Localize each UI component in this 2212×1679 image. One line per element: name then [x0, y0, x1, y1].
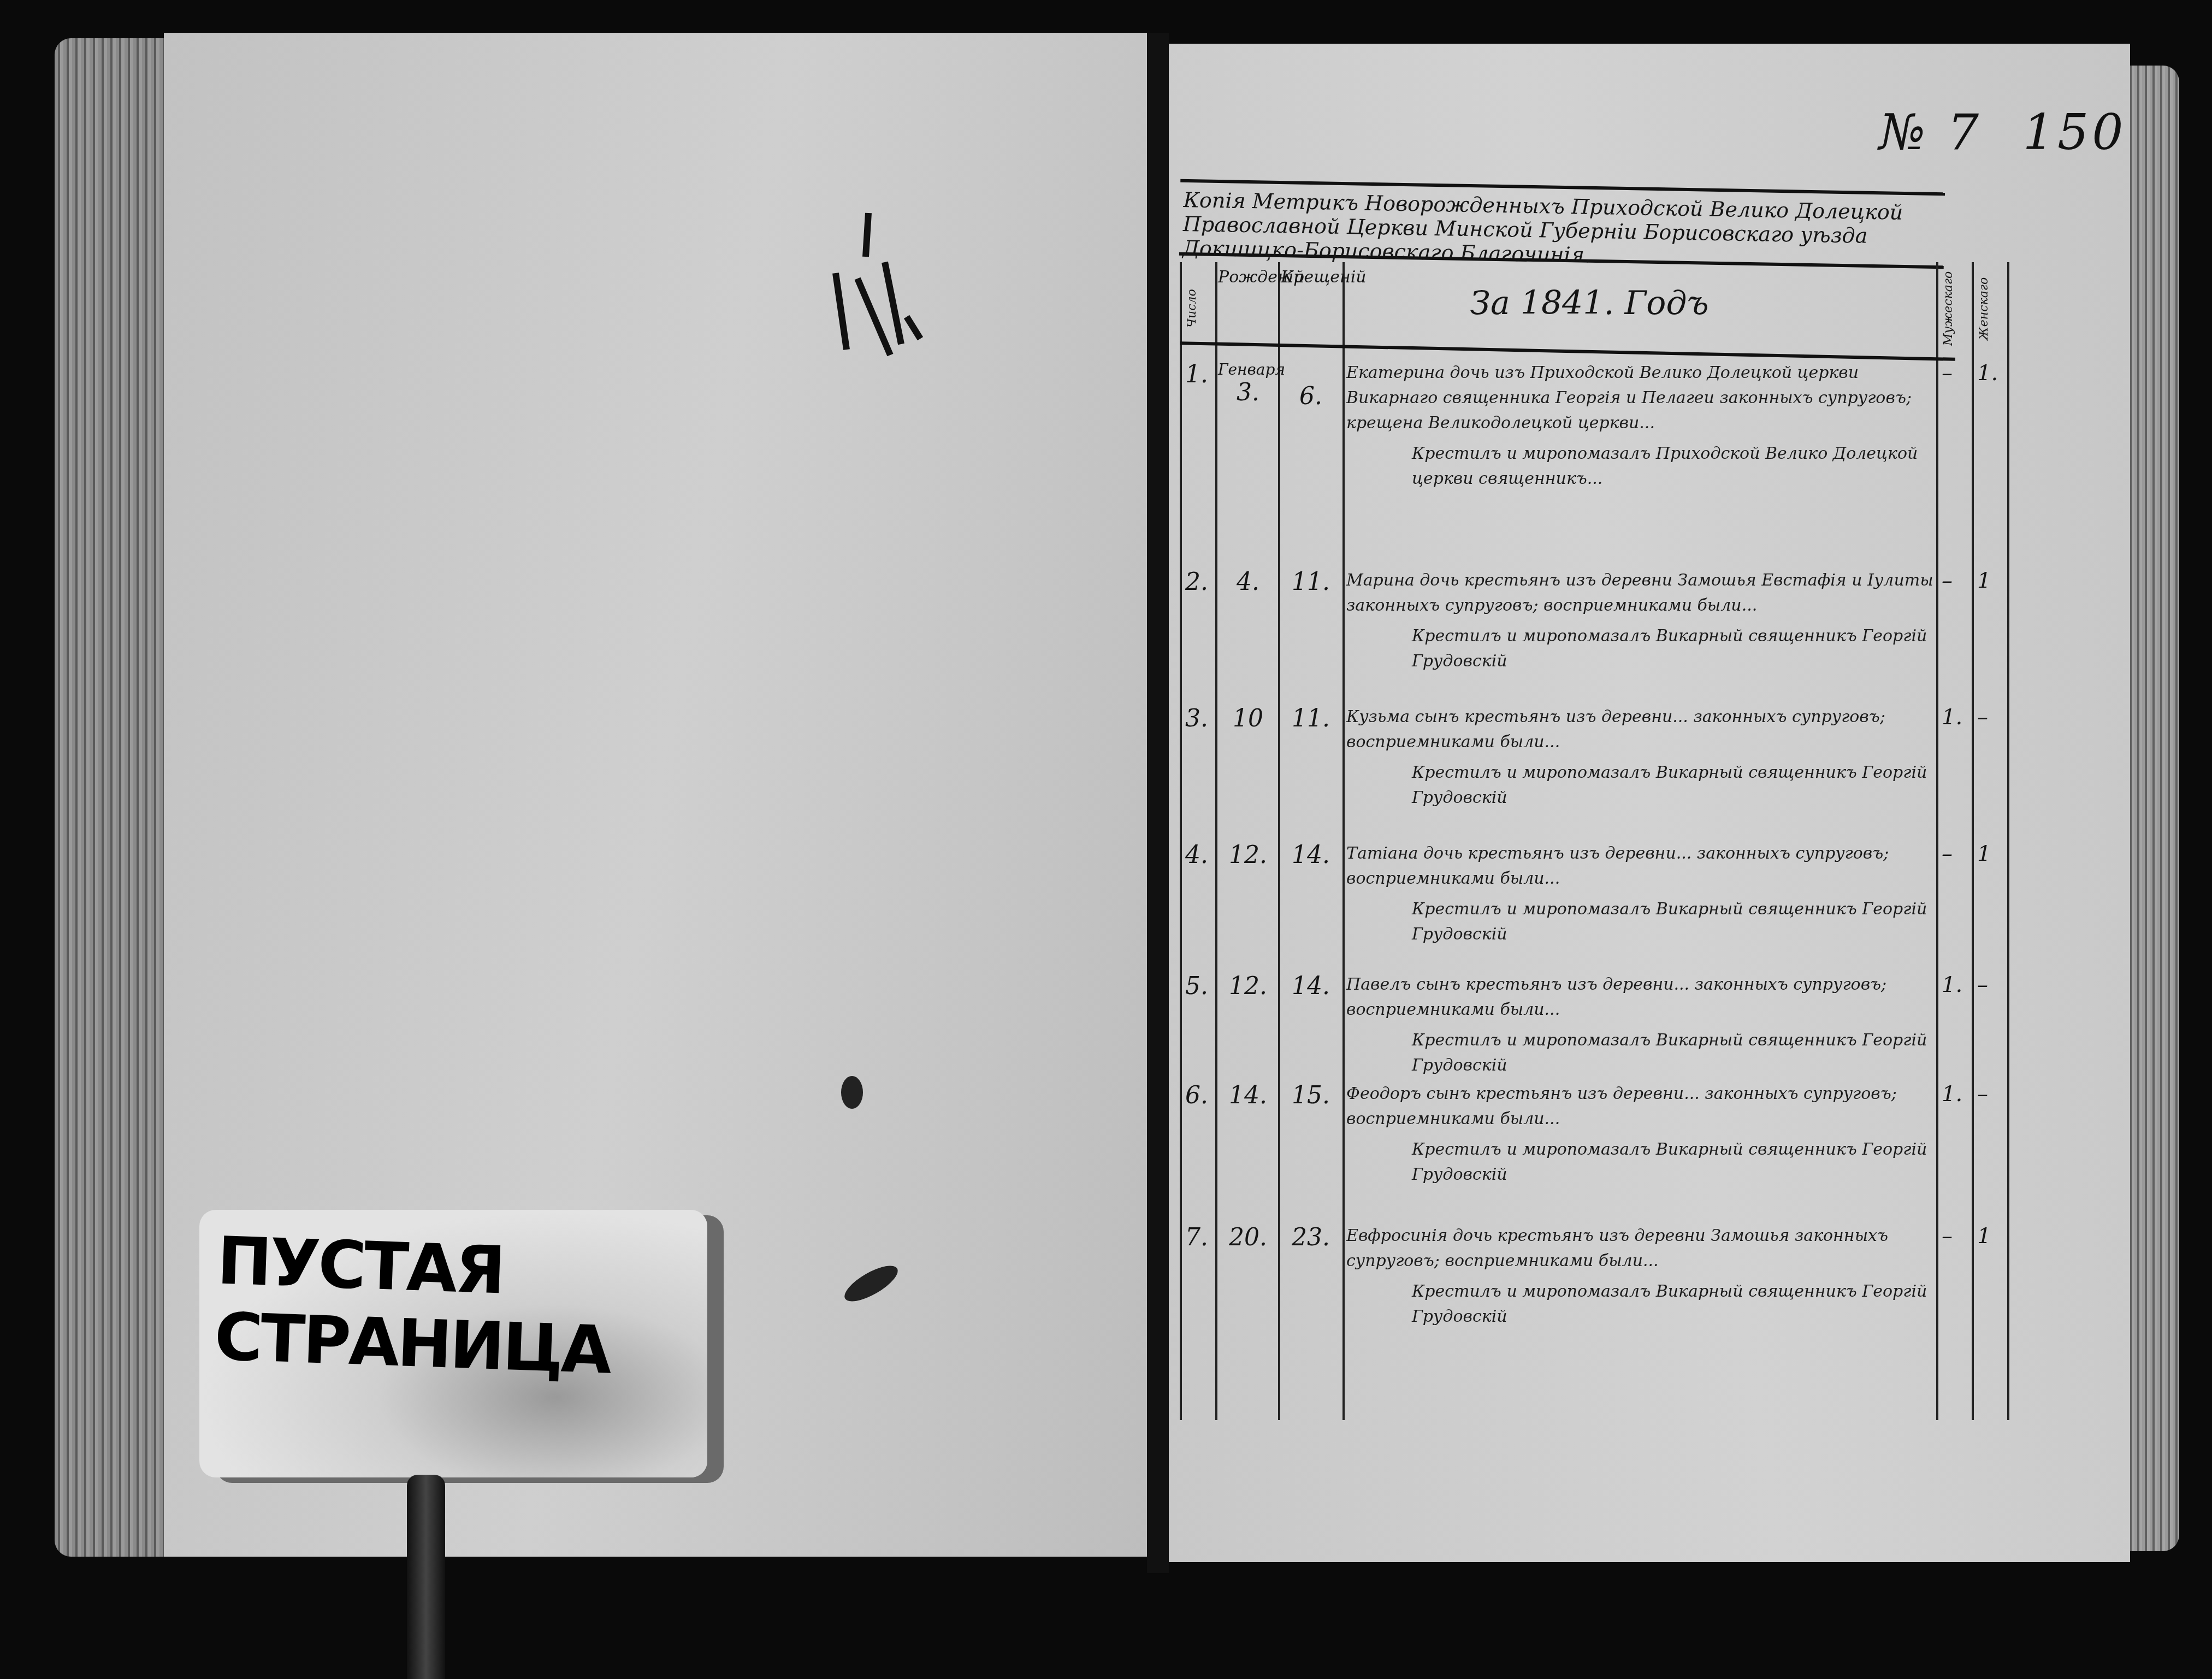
- entry-text: Татіана дочь крестьянъ изъ деревни... за…: [1346, 841, 1936, 947]
- entry-text: Павелъ сынъ крестьянъ изъ деревни... зак…: [1346, 972, 1936, 1078]
- column-divider: [1972, 262, 1974, 1420]
- folio-prefix: № 7: [1879, 104, 1982, 161]
- entry-baptized-day: 11.: [1281, 568, 1341, 596]
- entry-born-day: 20.: [1218, 1223, 1278, 1251]
- entry-male-count: –: [1942, 360, 1953, 386]
- ink-scribble-icon: [814, 208, 923, 360]
- book-gutter: [1147, 33, 1169, 1573]
- entry-baptized-day: 14.: [1281, 841, 1341, 869]
- entry-baptized-day: 15.: [1281, 1081, 1341, 1109]
- entry-female-count: –: [1977, 1081, 1988, 1107]
- entry-text: Екатерина дочь изъ Приходской Велико Дол…: [1346, 360, 1936, 492]
- entry-born-day: Генваря3.: [1218, 360, 1278, 406]
- entry-number: 5.: [1185, 972, 1213, 1000]
- entry-female-count: 1.: [1977, 360, 1998, 386]
- register-title: Копія Метрикъ Новорожденныхъ Приходской …: [1179, 179, 1945, 269]
- entry-baptized-day: 6.: [1281, 382, 1341, 410]
- entry-male-count: –: [1942, 1223, 1953, 1249]
- column-divider: [1180, 262, 1182, 1420]
- entry-number: 2.: [1185, 568, 1213, 596]
- entry-male-count: 1.: [1942, 1081, 1962, 1107]
- left-page-edges: [55, 38, 180, 1557]
- ink-stain: [841, 1076, 863, 1109]
- bookmark-ribbon: [407, 1475, 445, 1679]
- entry-female-count: 1: [1977, 568, 1991, 593]
- entry-female-count: –: [1977, 705, 1988, 730]
- entry-baptized-day: 23.: [1281, 1223, 1341, 1251]
- header-female: Женскаго: [1974, 268, 2004, 350]
- entry-number: 3.: [1185, 705, 1213, 732]
- entry-male-count: 1.: [1942, 972, 1962, 997]
- entry-text: Кузьма сынъ крестьянъ изъ деревни... зак…: [1346, 705, 1936, 811]
- column-divider: [1215, 262, 1217, 1420]
- folio-page-number: 150: [2023, 104, 2127, 161]
- entry-male-count: –: [1942, 841, 1953, 866]
- header-number: Число: [1182, 268, 1213, 350]
- entry-female-count: 1: [1977, 841, 1991, 866]
- entry-number: 6.: [1185, 1081, 1213, 1109]
- column-divider: [1278, 262, 1280, 1420]
- entry-male-count: 1.: [1942, 705, 1962, 730]
- entry-born-day: 14.: [1218, 1081, 1278, 1109]
- column-divider: [1936, 262, 1938, 1420]
- column-divider: [1342, 262, 1345, 1420]
- entry-text: Марина дочь крестьянъ изъ деревни Замошь…: [1346, 568, 1936, 674]
- entry-born-day: 10: [1218, 705, 1278, 732]
- entry-male-count: –: [1942, 568, 1953, 593]
- entry-text: Феодоръ сынъ крестьянъ изъ деревни... за…: [1346, 1081, 1936, 1187]
- blank-page-label-text: ПУСТАЯ СТРАНИЦА: [213, 1223, 709, 1392]
- entry-born-day: 12.: [1218, 841, 1278, 869]
- header-baptized: Крещеній: [1281, 268, 1340, 350]
- blank-page-label: ПУСТАЯ СТРАНИЦА: [199, 1210, 707, 1477]
- entry-baptized-day: 11.: [1281, 705, 1341, 732]
- header-rule: [1180, 341, 1955, 361]
- entry-number: 4.: [1185, 841, 1213, 869]
- header-born: Рожденій: [1218, 268, 1275, 350]
- entry-female-count: 1: [1977, 1223, 1991, 1249]
- entry-baptized-day: 14.: [1281, 972, 1341, 1000]
- entry-number: 1.: [1185, 360, 1213, 388]
- entry-born-day: 4.: [1218, 568, 1278, 596]
- entry-text: Евфросинія дочь крестьянъ изъ деревни За…: [1346, 1223, 1936, 1329]
- entry-number: 7.: [1185, 1223, 1213, 1251]
- header-year: За 1841. Годъ: [1344, 284, 1835, 322]
- column-divider: [2007, 262, 2009, 1420]
- birth-register-table: Копія Метрикъ Новорожденныхъ Приходской …: [1180, 186, 1955, 1420]
- entry-female-count: –: [1977, 972, 1988, 997]
- folio-number: № 7 150: [1879, 104, 2126, 161]
- header-male: Мужескаго: [1939, 268, 1969, 350]
- entry-born-day: 12.: [1218, 972, 1278, 1000]
